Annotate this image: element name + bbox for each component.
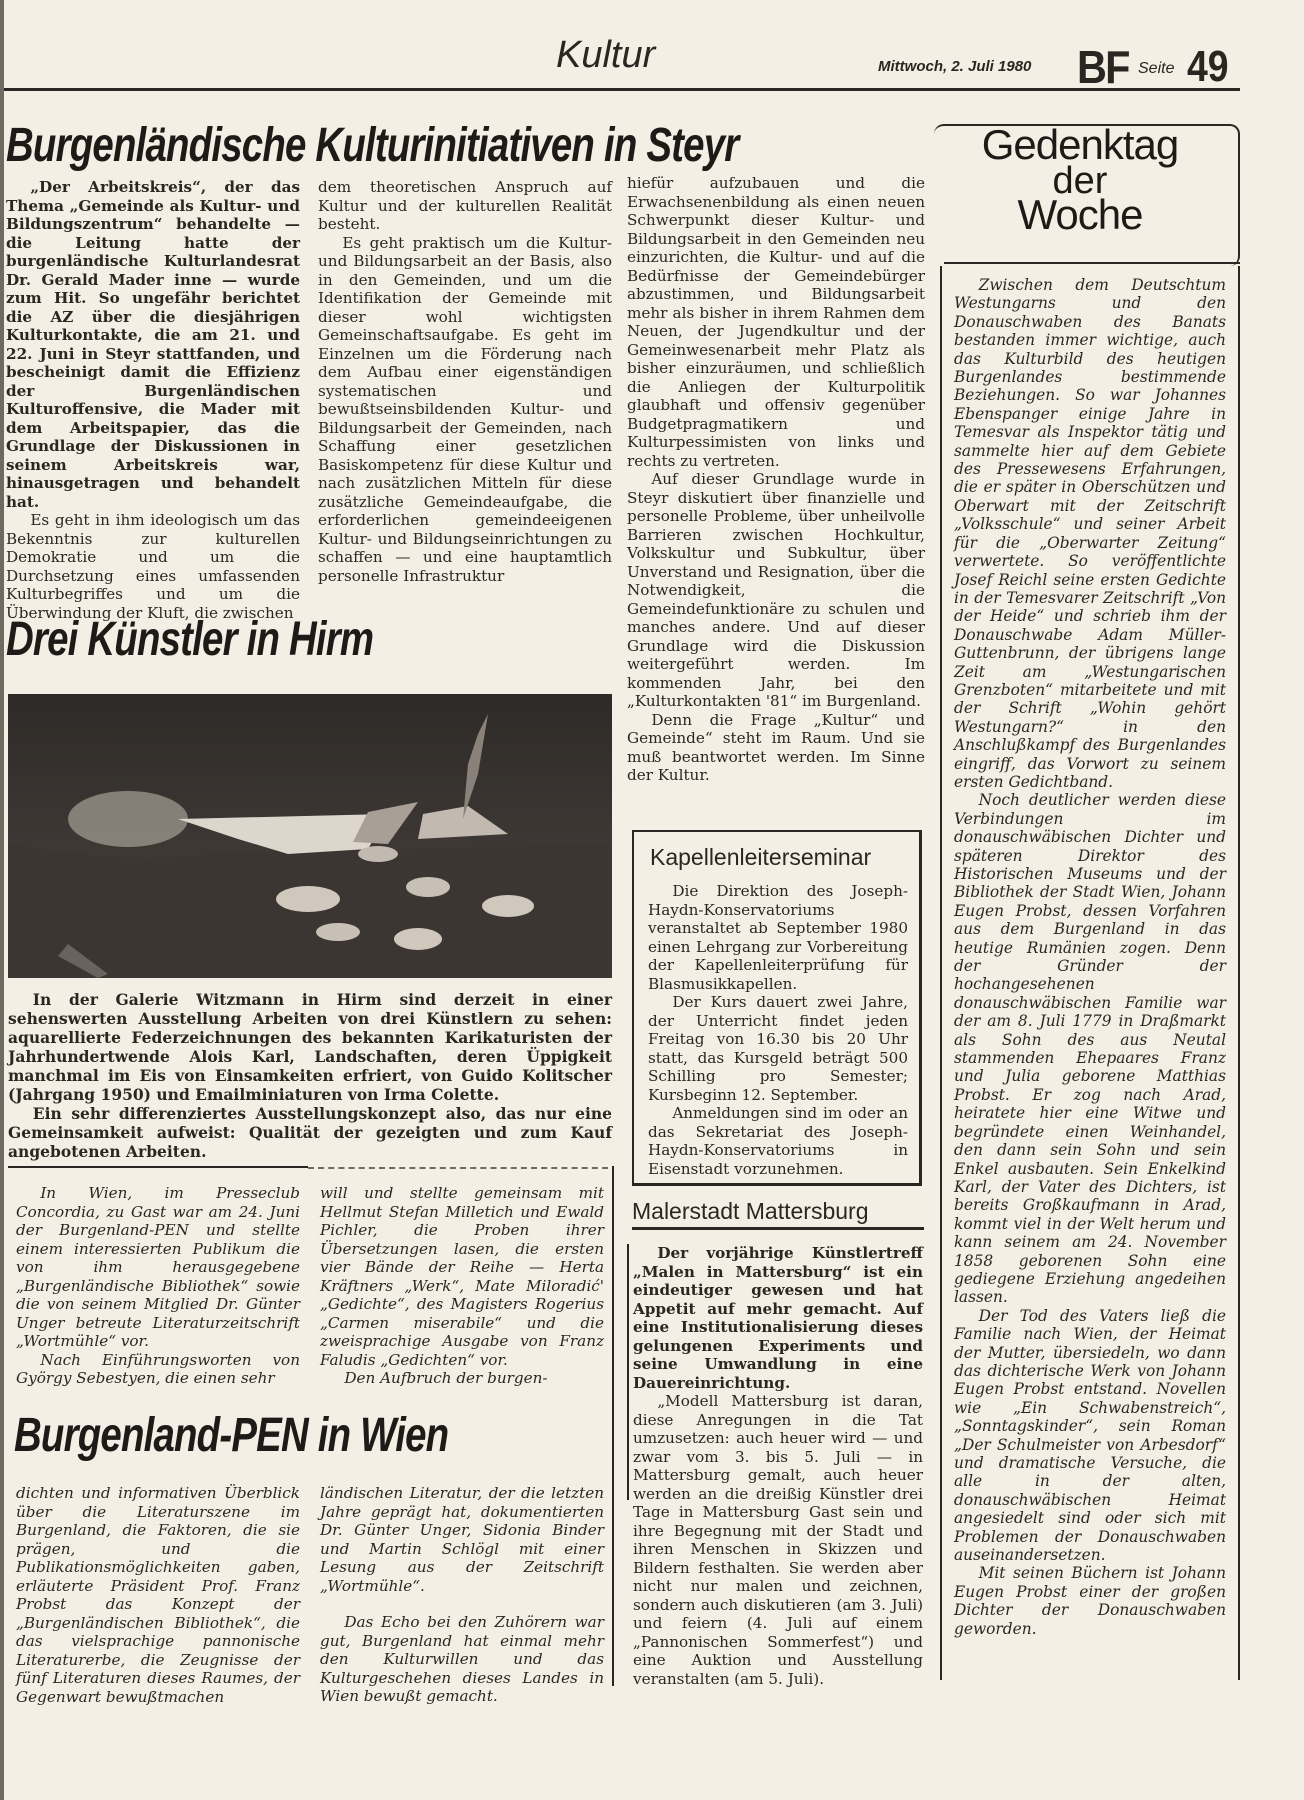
steyr-paragraph: dem theoretischen Anspruch auf Kultur un… [318,178,612,234]
newspaper-logo: BF [1077,40,1129,94]
hirm-caption: In der Galerie Witzmann in Hirm sind der… [8,990,612,1161]
steyr-column-3: hiefür aufzubauen und die Erwachsenenbil… [627,174,925,785]
steyr-paragraph: Auf dieser Grundlage wurde in Steyr disk… [627,470,925,711]
pen-column-2: will und stellte gemeinsam mit Hellmut S… [320,1184,604,1388]
steyr-lead: „Der Arbeitskreis“, der das Thema „Gemei… [6,178,300,511]
steyr-paragraph: hiefür aufzubauen und die Erwachsenenbil… [627,174,925,470]
artwork-photo [8,694,612,978]
gedenktag-body: Zwischen dem Deutschtum Westungarns und … [954,276,1226,1638]
steyr-paragraph: Denn die Frage „Kultur“ und Gemeinde“ st… [627,711,925,785]
steyr-paragraph: Es geht praktisch um die Kultur- und Bil… [318,234,612,586]
headline-steyr: Burgenländische Kulturinitiativen in Ste… [6,118,738,173]
section-divider-dashed [308,1167,608,1169]
steyr-column-1: „Der Arbeitskreis“, der das Thema „Gemei… [6,178,300,622]
pen-column-3: dichten und informativen Überblick über … [16,1484,300,1706]
mattersburg-title: Malerstadt Mattersburg [632,1198,924,1230]
steyr-column-2: dem theoretischen Anspruch auf Kultur un… [318,178,612,585]
headline-hirm: Drei Künstler in Hirm [6,612,373,667]
box-title: Kapellenleiterseminar [650,844,871,871]
mattersburg-body: Der vorjährige Künstlertreff „Malen in M… [633,1244,923,1688]
page-label: Seite [1138,60,1174,78]
landscape-image [8,694,612,978]
gedenktag-title: Gedenktag der Woche [980,124,1180,236]
column-rule [612,1166,614,1686]
section-title: Kultur [556,34,655,77]
steyr-paragraph: Es geht in ihm ideologisch um das Bekenn… [6,511,300,622]
section-divider [8,1166,308,1168]
kapellenleiterseminar-box: Kapellenleiterseminar Die Direktion des … [632,830,922,1186]
gedenktag-rule [944,262,1240,264]
page-edge-shadow [0,0,4,1800]
headline-pen: Burgenland-PEN in Wien [14,1408,448,1463]
page-number: 49 [1187,42,1229,92]
issue-date: Mittwoch, 2. Juli 1980 [878,58,1031,75]
box-body: Die Direktion des Joseph-Haydn-Konservat… [648,882,908,1178]
header-rule [4,88,1240,91]
pen-column-4: ländischen Literatur, der die letzten Ja… [320,1484,604,1706]
pen-column-1: In Wien, im Presseclub Concordia, zu Gas… [16,1184,300,1388]
newspaper-page: Kultur Mittwoch, 2. Juli 1980 BF Seite 4… [0,0,1304,1800]
column-rule [627,1244,629,1500]
